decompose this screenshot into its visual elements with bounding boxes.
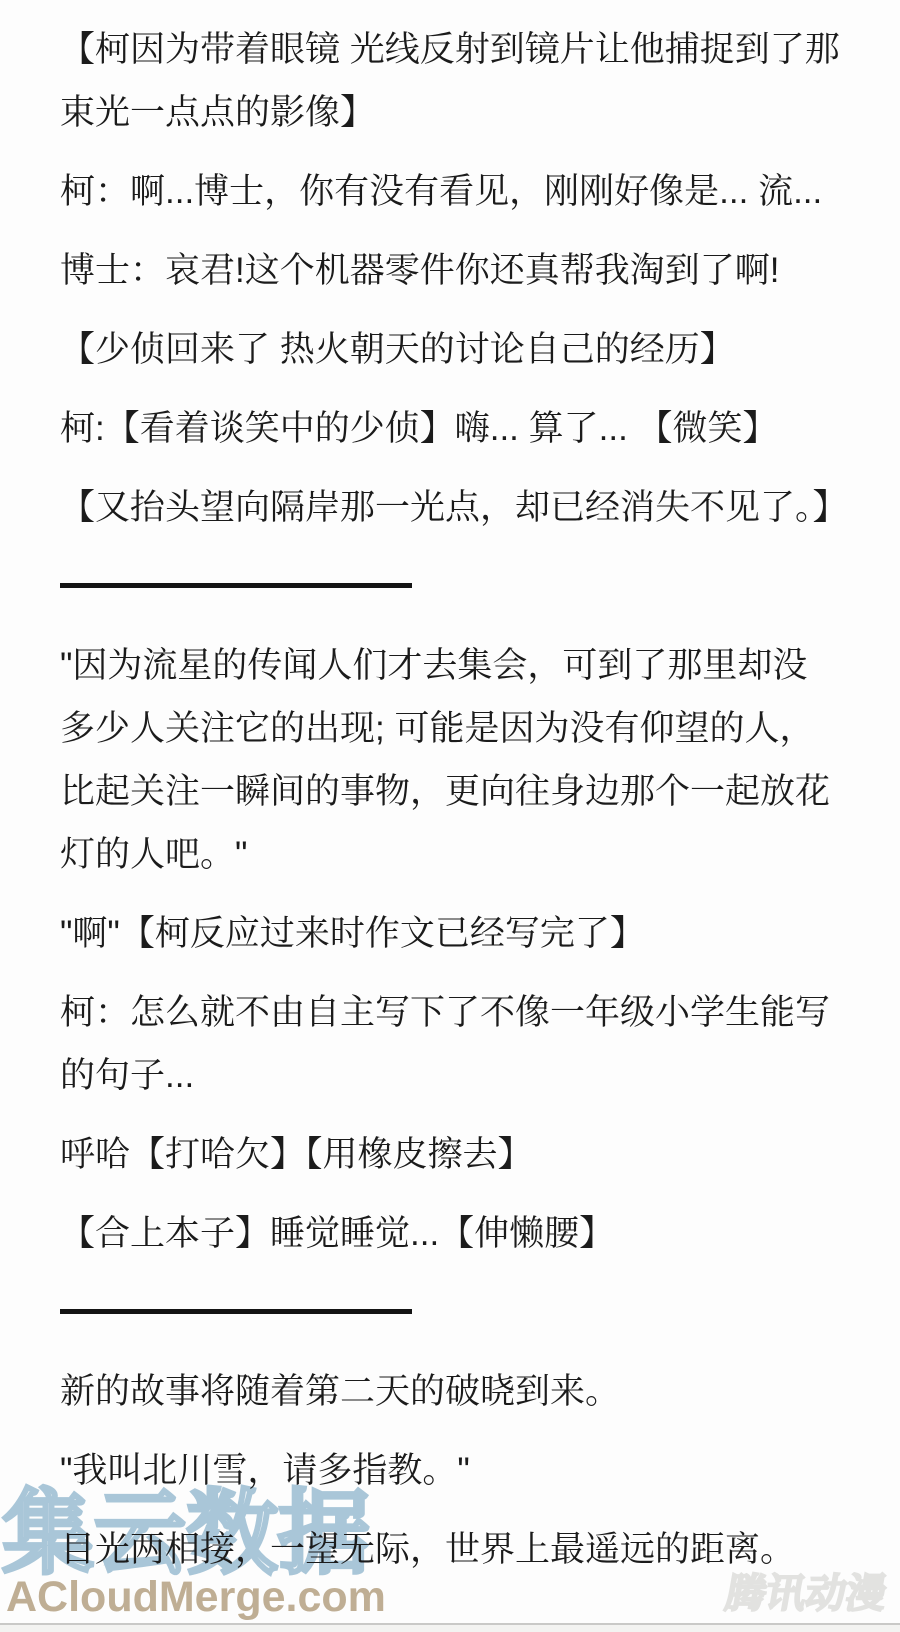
text-line: "啊"【柯反应过来时作文已经写完了】 bbox=[60, 902, 860, 965]
text-line: 新的故事将随着第二天的破晓到来。 bbox=[60, 1360, 860, 1423]
text-line: 多少人关注它的出现; 可能是因为没有仰望的人， bbox=[60, 697, 860, 760]
text-paragraph: "因为流星的传闻人们才去集会，可到了那里却没多少人关注它的出现; 可能是因为没有… bbox=[60, 634, 860, 886]
text-line: 的句子... bbox=[60, 1044, 860, 1107]
text-line: "我叫北川雪，请多指教。" bbox=[60, 1439, 860, 1502]
text-line: "因为流星的传闻人们才去集会，可到了那里却没 bbox=[60, 634, 860, 697]
text-line: 【又抬头望向隔岸那一光点，却已经消失不见了。】 bbox=[60, 476, 860, 539]
tencent-comics-logo: 腾讯动漫 bbox=[722, 1574, 889, 1614]
text-paragraph: 柯：怎么就不由自主写下了不像一年级小学生能写的句子... bbox=[60, 981, 860, 1107]
chapter-text: 【柯因为带着眼镜 光线反射到镜片让他捕捉到了那束光一点点的影像】柯：啊...博士… bbox=[60, 18, 860, 1597]
site-url-watermark: ACloudMerge.com bbox=[6, 1576, 386, 1619]
text-line: 博士：哀君!这个机器零件你还真帮我淘到了啊! bbox=[60, 239, 860, 302]
text-paragraph: 新的故事将随着第二天的破晓到来。 bbox=[60, 1360, 860, 1423]
footer-bar bbox=[0, 1623, 900, 1632]
reader-page[interactable]: 集云数据 【柯因为带着眼镜 光线反射到镜片让他捕捉到了那束光一点点的影像】柯：啊… bbox=[0, 0, 900, 1632]
section-divider bbox=[60, 583, 412, 588]
text-paragraph: 柯：啊...博士，你有没有看见，刚刚好像是... 流... bbox=[60, 160, 860, 223]
text-paragraph: 柯:【看着谈笑中的少侦】嗨... 算了... 【微笑】 bbox=[60, 397, 860, 460]
text-paragraph: 【少侦回来了 热火朝天的讨论自己的经历】 bbox=[60, 318, 860, 381]
text-line: 柯：怎么就不由自主写下了不像一年级小学生能写 bbox=[60, 981, 860, 1044]
text-line: 比起关注一瞬间的事物，更向往身边那个一起放花 bbox=[60, 760, 860, 823]
text-paragraph: 【又抬头望向隔岸那一光点，却已经消失不见了。】 bbox=[60, 476, 860, 539]
text-paragraph: 呼哈【打哈欠】【用橡皮擦去】 bbox=[60, 1123, 860, 1186]
text-paragraph: 【柯因为带着眼镜 光线反射到镜片让他捕捉到了那束光一点点的影像】 bbox=[60, 18, 860, 144]
text-line: 【合上本子】睡觉睡觉...【伸懒腰】 bbox=[60, 1202, 860, 1265]
text-paragraph: "啊"【柯反应过来时作文已经写完了】 bbox=[60, 902, 860, 965]
text-line: 【柯因为带着眼镜 光线反射到镜片让他捕捉到了那 bbox=[60, 18, 860, 81]
section-divider bbox=[60, 1309, 412, 1314]
text-paragraph: "我叫北川雪，请多指教。" bbox=[60, 1439, 860, 1502]
text-paragraph: 【合上本子】睡觉睡觉...【伸懒腰】 bbox=[60, 1202, 860, 1265]
text-line: 柯:【看着谈笑中的少侦】嗨... 算了... 【微笑】 bbox=[60, 397, 860, 460]
text-line: 呼哈【打哈欠】【用橡皮擦去】 bbox=[60, 1123, 860, 1186]
text-line: 柯：啊...博士，你有没有看见，刚刚好像是... 流... bbox=[60, 160, 860, 223]
text-line: 【少侦回来了 热火朝天的讨论自己的经历】 bbox=[60, 318, 860, 381]
text-line: 束光一点点的影像】 bbox=[60, 81, 860, 144]
text-line: 灯的人吧。" bbox=[60, 823, 860, 886]
text-paragraph: 博士：哀君!这个机器零件你还真帮我淘到了啊! bbox=[60, 239, 860, 302]
